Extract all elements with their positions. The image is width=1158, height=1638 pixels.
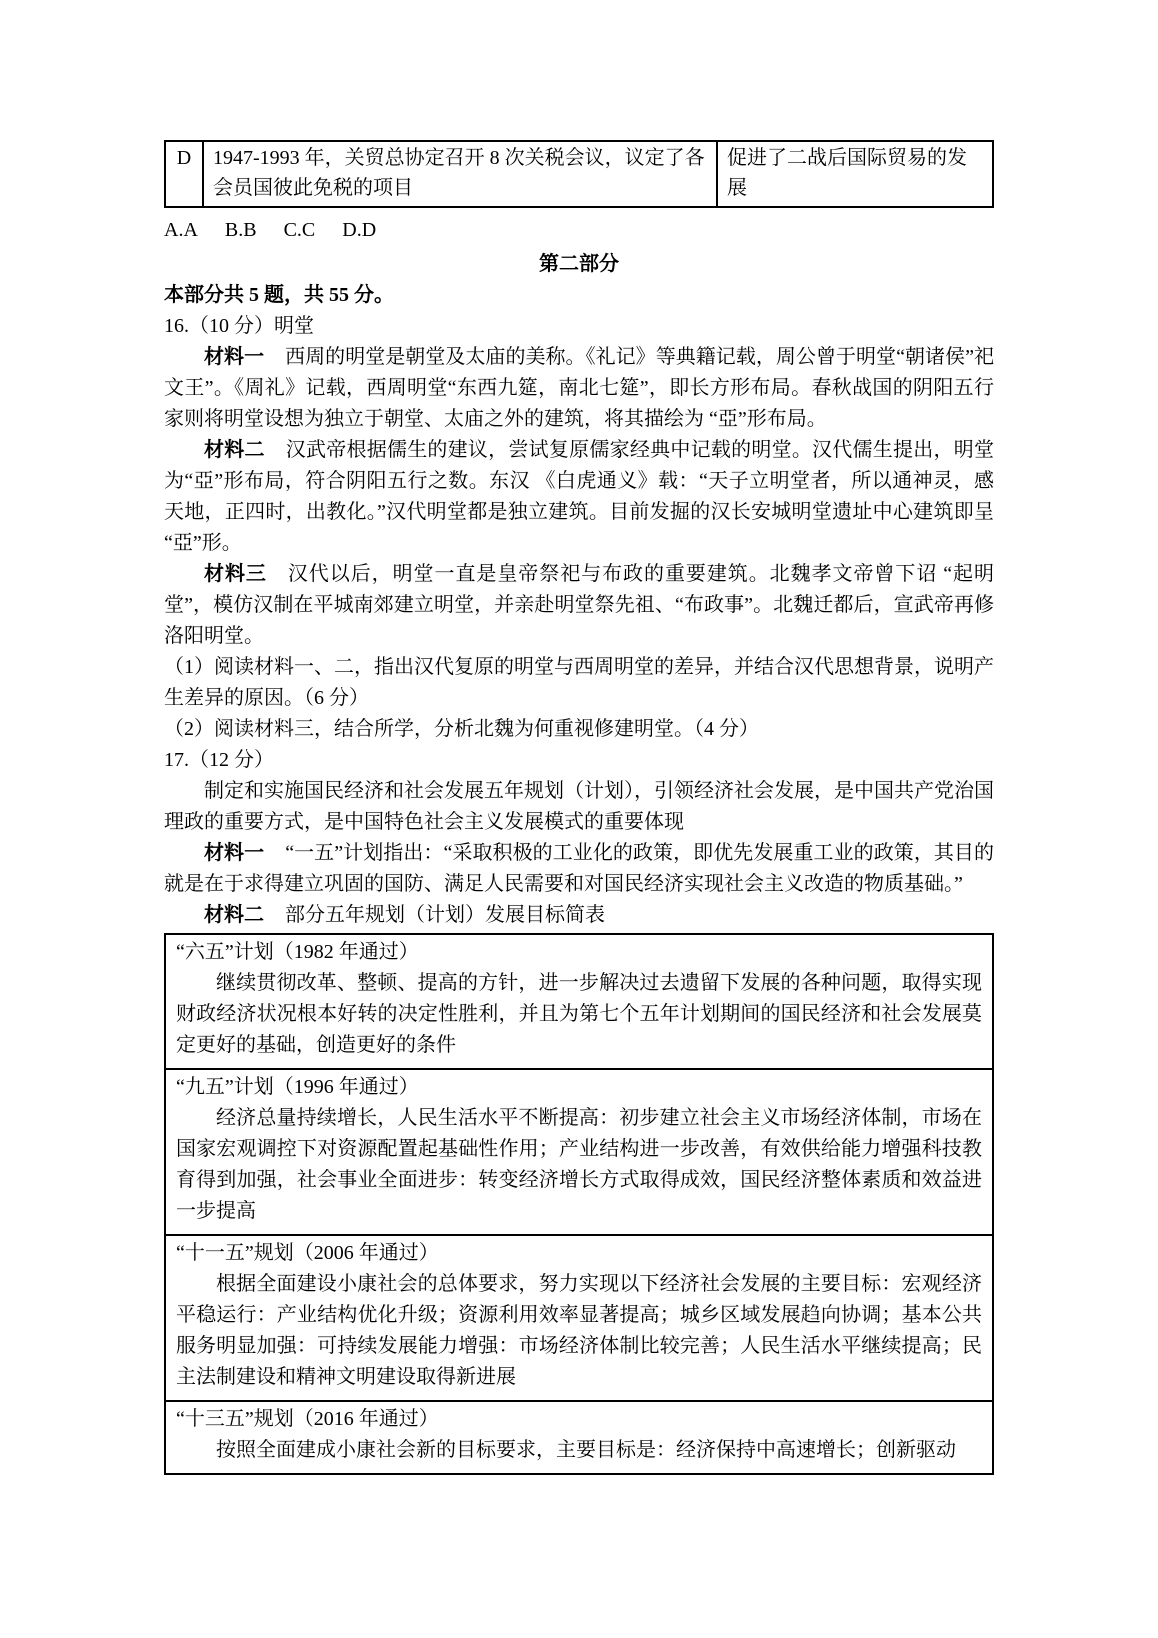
choice-d: D.D [342, 219, 376, 241]
q17-material-2-label: 材料二 [204, 904, 264, 926]
plan-title: “十一五”规划（2006 年通过） [176, 1238, 982, 1269]
choice-b: B.B [225, 219, 257, 241]
plan-title: “六五”计划（1982 年通过） [176, 937, 982, 968]
answer-choices-line: A.AB.BC.CD.D [164, 215, 994, 246]
material-2-label: 材料二 [204, 439, 265, 461]
question-16-heading: 16.（10 分）明堂 [164, 311, 994, 342]
plan-row-six-five: “六五”计划（1982 年通过） 继续贯彻改革、整顿、提高的方针，进一步解决过去… [166, 935, 992, 1068]
material-1-label: 材料一 [204, 346, 264, 368]
plan-title: “十三五”规划（2016 年通过） [176, 1404, 982, 1435]
q16-subquestion-2: （2）阅读材料三，结合所学，分析北魏为何重视修建明堂。（4 分） [164, 714, 994, 745]
plan-row-nine-five: “九五”计划（1996 年通过） 经济总量持续增长，人民生活水平不断提高：初步建… [166, 1068, 992, 1234]
q17-material-1: 材料一“一五”计划指出：“采取积极的工业化的政策，即优先发展重工业的政策，其目的… [164, 838, 994, 900]
q16-material-1: 材料一西周的明堂是朝堂及太庙的美称。《礼记》等典籍记载，周公曾于明堂“朝诸侯”祀… [164, 342, 994, 435]
exam-content: D 1947-1993 年，关贸总协定召开 8 次关税会议，议定了各会员国彼此免… [164, 140, 994, 1475]
option-effect-cell: 促进了二战后国际贸易的发展 [718, 142, 992, 206]
plan-row-eleven-five: “十一五”规划（2006 年通过） 根据全面建设小康社会的总体要求，努力实现以下… [166, 1234, 992, 1400]
q17-material-2-caption-text: 部分五年规划（计划）发展目标简表 [285, 904, 605, 926]
material-3-label: 材料三 [204, 563, 267, 585]
material-2-text: 汉武帝根据儒生的建议，尝试复原儒家经典中记载的明堂。汉代儒生提出，明堂为“亞”形… [164, 439, 994, 554]
plan-body: 根据全面建设小康社会的总体要求，努力实现以下经济社会发展的主要目标：宏观经济平稳… [176, 1269, 982, 1393]
q17-intro: 制定和实施国民经济和社会发展五年规划（计划），引领经济社会发展，是中国共产党治国… [164, 776, 994, 838]
plan-row-thirteen-five: “十三五”规划（2016 年通过） 按照全面建成小康社会新的目标要求，主要目标是… [166, 1400, 992, 1473]
option-row-label: D [166, 142, 204, 206]
q17-material-1-label: 材料一 [204, 842, 264, 864]
q16-subquestion-1: （1）阅读材料一、二，指出汉代复原的明堂与西周明堂的差异，并结合汉代思想背景，说… [164, 652, 994, 714]
five-year-plans-table: “六五”计划（1982 年通过） 继续贯彻改革、整顿、提高的方针，进一步解决过去… [164, 933, 994, 1475]
q16-material-2: 材料二汉武帝根据儒生的建议，尝试复原儒家经典中记载的明堂。汉代儒生提出，明堂为“… [164, 435, 994, 559]
q17-material-2-caption: 材料二部分五年规划（计划）发展目标简表 [164, 900, 994, 931]
plan-body: 继续贯彻改革、整顿、提高的方针，进一步解决过去遗留下发展的各种问题，取得实现财政… [176, 968, 982, 1061]
q16-material-3: 材料三汉代以后，明堂一直是皇帝祭祀与布政的重要建筑。北魏孝文帝曾下诏 “起明堂”… [164, 559, 994, 652]
material-1-text: 西周的明堂是朝堂及太庙的美称。《礼记》等典籍记载，周公曾于明堂“朝诸侯”祀文王”… [164, 346, 994, 430]
material-3-text: 汉代以后，明堂一直是皇帝祭祀与布政的重要建筑。北魏孝文帝曾下诏 “起明堂”，模仿… [164, 563, 994, 647]
choice-c: C.C [284, 219, 316, 241]
option-statement-cell: 1947-1993 年，关贸总协定召开 8 次关税会议，议定了各会员国彼此免税的… [204, 142, 718, 206]
q17-material-1-text: “一五”计划指出：“采取积极的工业化的政策，即优先发展重工业的政策，其目的就是在… [164, 842, 994, 895]
question-15-option-table: D 1947-1993 年，关贸总协定召开 8 次关税会议，议定了各会员国彼此免… [164, 140, 994, 208]
question-17-heading: 17.（12 分） [164, 745, 994, 776]
plan-body: 经济总量持续增长，人民生活水平不断提高：初步建立社会主义市场经济体制，市场在国家… [176, 1103, 982, 1227]
part-two-score-note: 本部分共 5 题，共 55 分。 [164, 280, 994, 311]
choice-a: A.A [164, 219, 198, 241]
exam-document-page: D 1947-1993 年，关贸总协定召开 8 次关税会议，议定了各会员国彼此免… [0, 0, 1158, 1638]
part-two-title: 第二部分 [164, 249, 994, 280]
plan-title: “九五”计划（1996 年通过） [176, 1072, 982, 1103]
plan-body: 按照全面建成小康社会新的目标要求，主要目标是：经济保持中高速增长；创新驱动 [176, 1435, 982, 1466]
